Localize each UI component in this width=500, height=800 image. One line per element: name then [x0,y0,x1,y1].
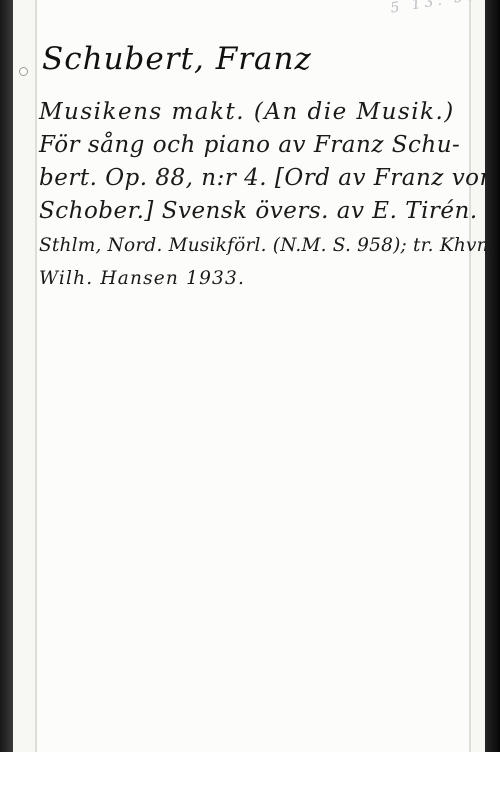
line-imprint-publisher: Sthlm, Nord. Musikförl. (N.M. S. 958); t… [39,235,495,256]
card-edge-line-right [469,0,471,752]
line-scoring: För sång och piano av Franz Schu- [39,132,460,158]
scan-margin-left [13,0,35,752]
scan-margin-right [471,0,485,752]
heading-composer-name: Schubert, Franz [42,41,312,77]
scan-border-left [0,0,13,752]
card-edge-line-left [35,0,37,752]
line-opus-number: bert. Op. 88, n:r 4. [Ord av Franz von [39,165,495,191]
catalog-card-scan: 5 13. 58. Schubert, Franz Musikens makt.… [0,0,500,800]
punch-hole-mark [19,67,28,76]
line-work-title: Musikens makt. (An die Musik.) [39,99,455,125]
line-imprint-year: Wilh. Hansen 1933. [39,268,245,289]
scan-border-right [485,0,500,752]
card-surface: 5 13. 58. Schubert, Franz Musikens makt.… [0,0,500,752]
line-translator: Schober.] Svensk övers. av E. Tirén. [39,198,478,224]
